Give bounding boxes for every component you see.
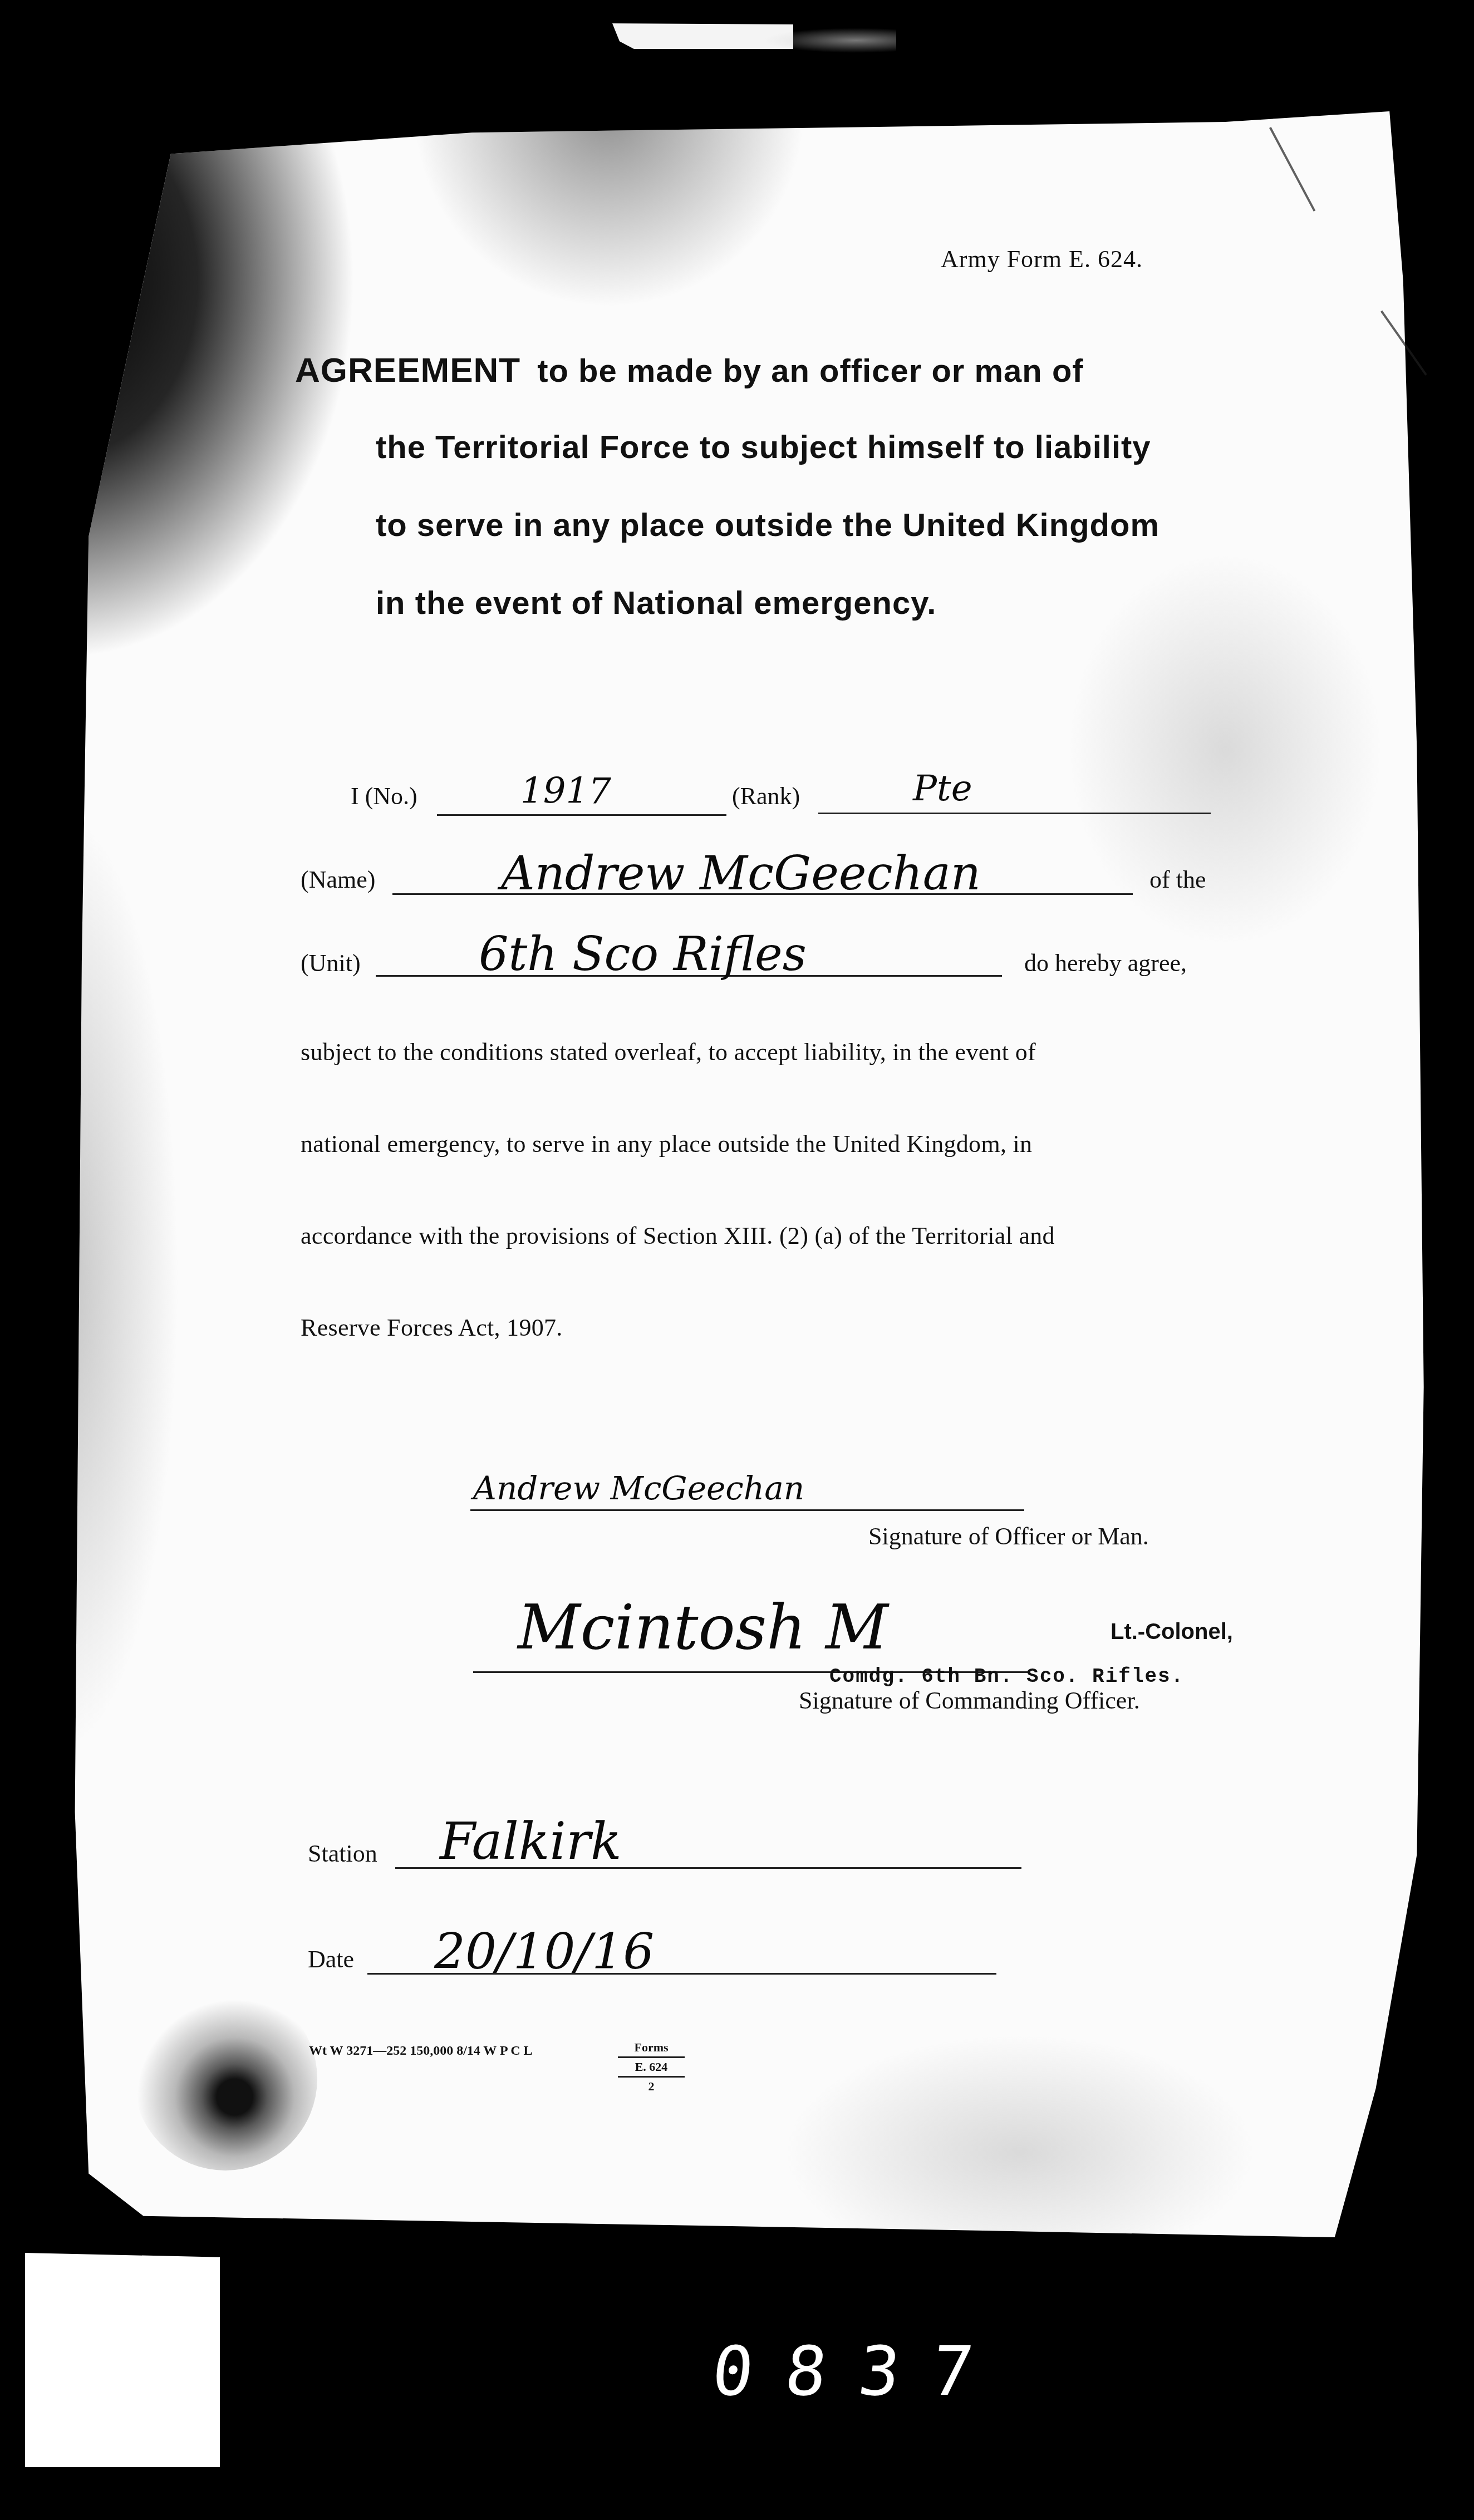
forms-reference-mid: E. 624: [618, 2059, 685, 2075]
name-field[interactable]: Andrew McGeechan: [501, 846, 981, 900]
unit-field[interactable]: 6th Sco Rifles: [479, 927, 807, 981]
date-field[interactable]: 20/10/16: [434, 1923, 654, 1980]
unit-label: (Unit): [301, 949, 361, 977]
forms-reference-top: Forms: [618, 2040, 685, 2055]
printer-imprint: Wt W 3271—252 150,000 8/14 W P C L: [309, 2044, 533, 2059]
rank-label: (Rank): [732, 782, 800, 810]
number-field[interactable]: 1917: [520, 771, 611, 812]
form-number: Army Form E. 624.: [941, 245, 1143, 273]
heading-line-2: the Territorial Force to subject himself…: [376, 429, 1151, 466]
co-unit-stamp: Comdg. 6th Bn. Sco. Rifles.: [829, 1665, 1184, 1688]
forms-reference: Forms E. 624 2: [618, 2040, 685, 2094]
body-line-2: national emergency, to serve in any plac…: [301, 1130, 1032, 1158]
man-signature-line: [470, 1509, 1024, 1511]
unit-suffix: do hereby agree,: [1024, 949, 1187, 977]
rank-field[interactable]: Pte: [913, 768, 972, 809]
co-signature-caption: Signature of Commanding Officer.: [799, 1686, 1140, 1715]
microfilm-blank-card: [25, 2253, 220, 2467]
ink-stain: [134, 1987, 317, 2170]
date-label: Date: [308, 1945, 354, 1973]
body-line-3: accordance with the provisions of Sectio…: [301, 1222, 1055, 1250]
man-signature[interactable]: Andrew McGeechan: [473, 1469, 804, 1507]
heading-lead-word: AGREEMENT: [295, 351, 520, 390]
heading-line-3: to serve in any place outside the United…: [376, 506, 1159, 544]
name-suffix: of the: [1149, 865, 1206, 894]
heading-line-1: AGREEMENTto be made by an officer or man…: [295, 351, 1084, 390]
rank-field-line: [818, 813, 1211, 814]
number-field-line: [437, 814, 726, 816]
forms-reference-divider: [618, 2056, 685, 2058]
station-field[interactable]: Falkirk: [440, 1812, 622, 1871]
forms-reference-divider: [618, 2076, 685, 2078]
microfilm-frame-number: 0837: [709, 2332, 1010, 2411]
co-signature[interactable]: Mcintosh M: [518, 1592, 888, 1663]
co-rank: Lt.-Colonel,: [1111, 1620, 1233, 1645]
forms-reference-bottom: 2: [618, 2079, 685, 2094]
body-line-4: Reserve Forces Act, 1907.: [301, 1313, 563, 1342]
body-line-1: subject to the conditions stated overlea…: [301, 1038, 1036, 1066]
name-label: (Name): [301, 865, 375, 894]
man-signature-caption: Signature of Officer or Man.: [868, 1522, 1149, 1551]
number-label: I (No.): [351, 782, 417, 810]
top-smudge: [763, 28, 896, 53]
station-label: Station: [308, 1839, 377, 1868]
heading-line-4: in the event of National emergency.: [376, 584, 936, 622]
